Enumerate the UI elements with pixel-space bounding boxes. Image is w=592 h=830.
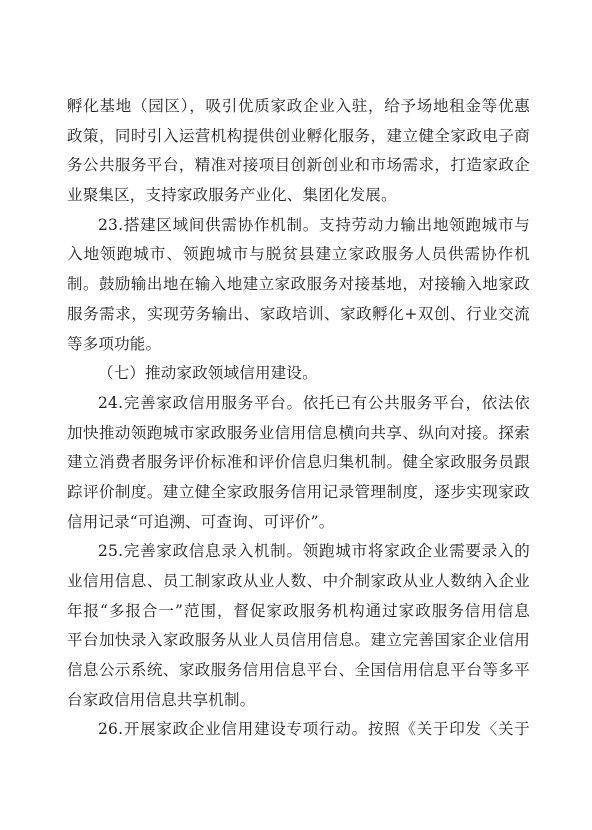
text-line: 加快推动领跑城市家政服务业信用信息横向共享、纵向对接。探索: [67, 419, 530, 449]
paragraph-item-25: 25.完善家政信息录入机制。领跑城市将家政企业需要录入的企 业信用信息、员工制家…: [67, 537, 530, 715]
text-line: 台家政信用信息共享机制。: [67, 686, 530, 716]
paragraph-item-23: 23.搭建区域间供需协作机制。支持劳动力输出地领跑城市与输 入地领跑城市、领跑城…: [67, 211, 530, 359]
text-line: 入地领跑城市、领跑城市与脱贫县建立家政服务人员供需协作机: [67, 240, 530, 270]
text-line: 政策，同时引入运营机构提供创业孵化服务，建立健全家政电子商: [67, 122, 530, 152]
paragraph-item-26: 26.开展家政企业信用建设专项行动。按照《关于印发〈关于开: [67, 715, 530, 745]
text-line: 业聚集区，支持家政服务产业化、集团化发展。: [67, 181, 530, 211]
text-line: 信息公示系统、家政服务信用信息平台、全国信用信息平台等多平: [67, 656, 530, 686]
paragraph-item-24: 24.完善家政信用服务平台。依托已有公共服务平台，依法依规 加快推动领跑城市家政…: [67, 389, 530, 537]
text-line: 等多项功能。: [67, 330, 530, 360]
document-page: 孵化基地（园区），吸引优质家政企业入驻，给予场地租金等优惠 政策，同时引入运营机…: [0, 0, 592, 830]
text-line: 务公共服务平台，精准对接项目创新创业和市场需求，打造家政企: [67, 151, 530, 181]
section-heading-line: （七）推动家政领域信用建设。: [67, 359, 530, 389]
text-line: 建立消费者服务评价标准和评价信息归集机制。健全家政服务员跟: [67, 448, 530, 478]
text-line: 23.搭建区域间供需协作机制。支持劳动力输出地领跑城市与输: [67, 211, 530, 241]
paragraph-continuation: 孵化基地（园区），吸引优质家政企业入驻，给予场地租金等优惠 政策，同时引入运营机…: [67, 92, 530, 211]
text-line: 25.完善家政信息录入机制。领跑城市将家政企业需要录入的企: [67, 537, 530, 567]
text-line: 服务需求，实现劳务输出、家政培训、家政孵化+双创、行业交流: [67, 300, 530, 330]
text-line: 业信用信息、员工制家政从业人数、中介制家政从业人数纳入企业: [67, 567, 530, 597]
text-line: 26.开展家政企业信用建设专项行动。按照《关于印发〈关于开: [67, 715, 530, 745]
text-line: 孵化基地（园区），吸引优质家政企业入驻，给予场地租金等优惠: [67, 92, 530, 122]
text-line: 平台加快录入家政服务从业人员信用信息。建立完善国家企业信用: [67, 626, 530, 656]
text-line: 年报“多报合一”范围，督促家政服务机构通过家政服务信用信息: [67, 597, 530, 627]
document-text-block: 孵化基地（园区），吸引优质家政企业入驻，给予场地租金等优惠 政策，同时引入运营机…: [67, 92, 530, 745]
paragraph-section-heading: （七）推动家政领域信用建设。: [67, 359, 530, 389]
text-line: 信用记录“可追溯、可查询、可评价”。: [67, 508, 530, 538]
text-line: 24.完善家政信用服务平台。依托已有公共服务平台，依法依规: [67, 389, 530, 419]
text-line: 踪评价制度。建立健全家政服务信用记录管理制度，逐步实现家政: [67, 478, 530, 508]
text-line: 制。鼓励输出地在输入地建立家政服务对接基地，对接输入地家政: [67, 270, 530, 300]
